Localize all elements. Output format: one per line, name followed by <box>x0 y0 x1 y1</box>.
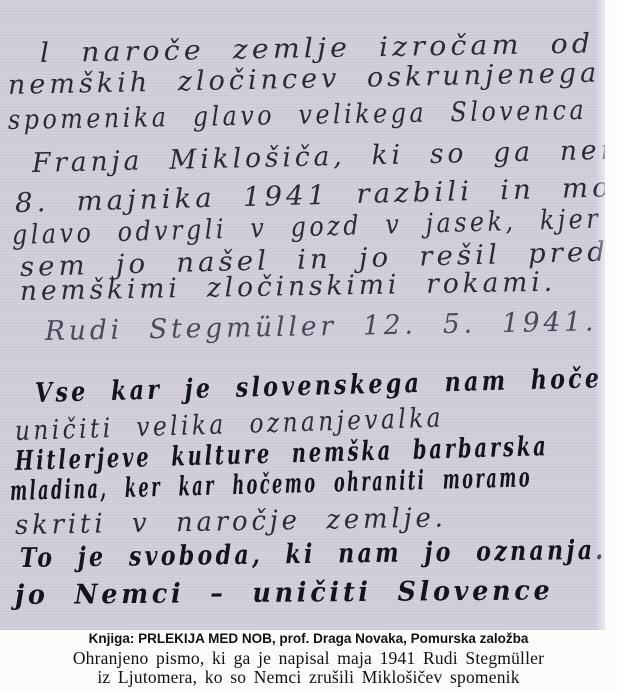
letter-photo: l naroče zemlje izročam od nemških zloči… <box>0 0 605 630</box>
letter-line: Vse kar je slovenskega nam hoče <box>35 365 603 407</box>
letter-line: Franja Miklošiča, ki so ga nemci <box>32 136 605 177</box>
letter-signature: Rudi Stegmüller 12. 5. 1941. <box>45 308 598 345</box>
letter-line: nemškimi zločinskimi rokami. <box>20 269 556 305</box>
letter-line: jo Nemci – uničiti Slovence <box>15 577 554 609</box>
letter-line: To je svoboda, ki nam jo oznanja. <box>20 537 605 572</box>
photo-caption-line-2: iz Ljutomera, ko so Nemci zrušili Mikloš… <box>0 667 617 688</box>
letter-line: spomenika glavo velikega Slovenca <box>8 97 588 134</box>
photo-caption-line-1: Ohranjeno pismo, ki ga je napisal maja 1… <box>0 648 617 669</box>
letter-line: skriti v naročje zemlje. <box>15 504 447 539</box>
book-source-caption: Knjiga: PRLEKIJA MED NOB, prof. Draga No… <box>0 631 617 646</box>
